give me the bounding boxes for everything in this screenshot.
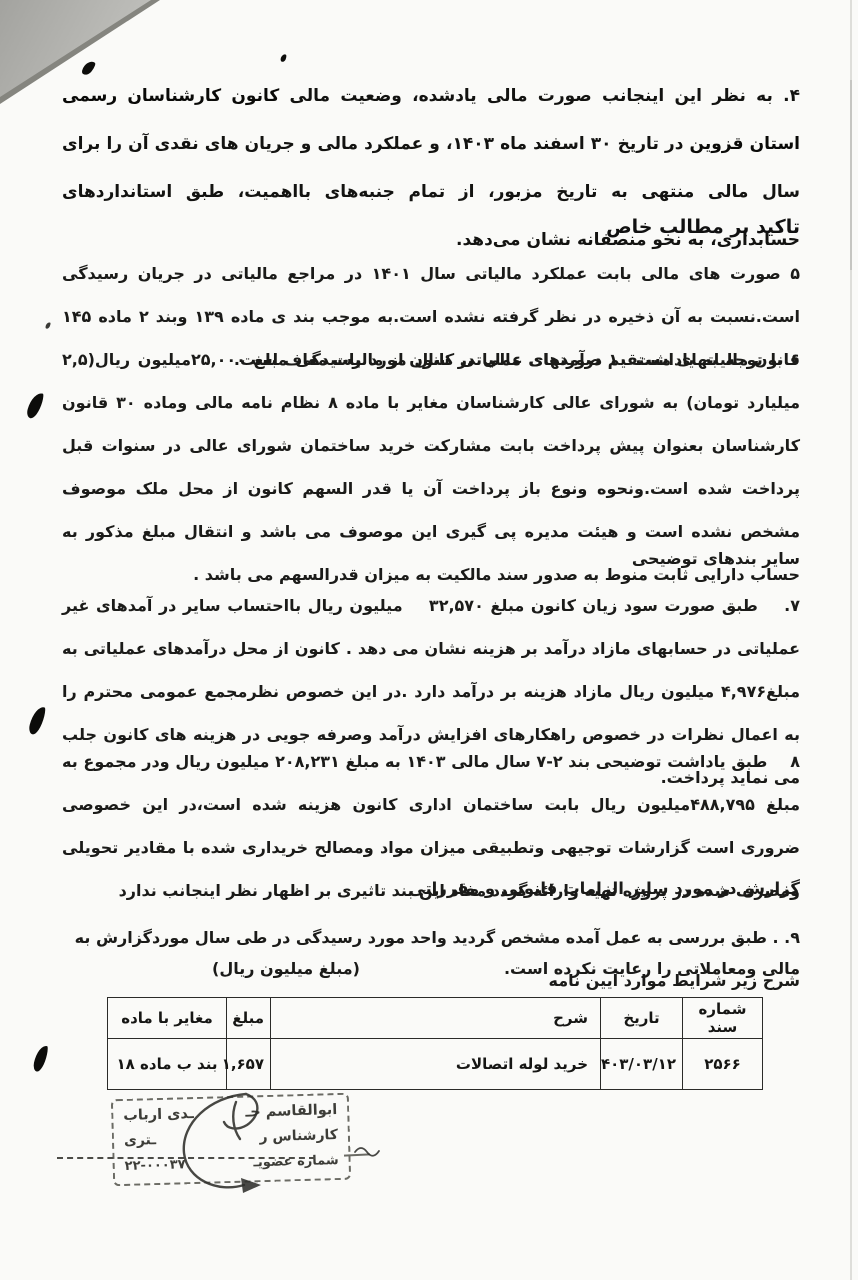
table-header-violated-article: مغایر با ماده	[108, 998, 227, 1039]
cell-doc-number: ۲۵۶۶	[683, 1039, 763, 1090]
section-heading-legal-requirements: گزارش در مورد سایر الزامات قانونی و مقرر…	[409, 879, 800, 898]
legal-item-9-continuation: مالی ومعاملاتی را رعایت نکرده است.	[504, 959, 800, 978]
table-header-amount: مبلغ	[227, 998, 271, 1039]
legal-item-9-continuation-row: مالی ومعاملاتی را رعایت نکرده است. (مبلغ…	[62, 959, 800, 978]
amount-unit-note: (مبلغ میلیون ریال)	[212, 959, 360, 978]
opinion-text-before: به نظر این اینجانب صورت مالی یادشده، وضع…	[279, 86, 783, 106]
ink-smudge	[32, 1044, 48, 1073]
item-number: ۴.	[783, 86, 800, 106]
section-heading-other-notes: سایر بندهای توضیحی	[632, 549, 800, 568]
ink-smudge	[26, 391, 45, 420]
ink-fleck	[45, 321, 52, 329]
ink-fleck	[280, 53, 287, 62]
ink-smudge	[28, 705, 47, 736]
scanned-audit-report-page: ۴. به نظر این اینجانب صورت مالی یادشده، …	[0, 0, 858, 1280]
signature-arrowhead	[241, 1178, 261, 1193]
section-heading-emphasis-of-matter: تاکید بر مطالب خاص	[606, 216, 800, 238]
handwritten-signature	[50, 1080, 390, 1205]
table-header-doc-number: شماره سند	[683, 998, 763, 1039]
table-header-description: شرح	[271, 998, 601, 1039]
table-header-date: تاریخ	[601, 998, 683, 1039]
violations-table: شماره سند تاریخ شرح مبلغ مغایر با ماده ۲…	[107, 997, 763, 1090]
table-header-row: شماره سند تاریخ شرح مبلغ مغایر با ماده	[108, 998, 763, 1039]
scan-edge-line-dark	[850, 80, 852, 270]
cell-date: ۴۰۳/۰۳/۱۲	[601, 1039, 683, 1090]
